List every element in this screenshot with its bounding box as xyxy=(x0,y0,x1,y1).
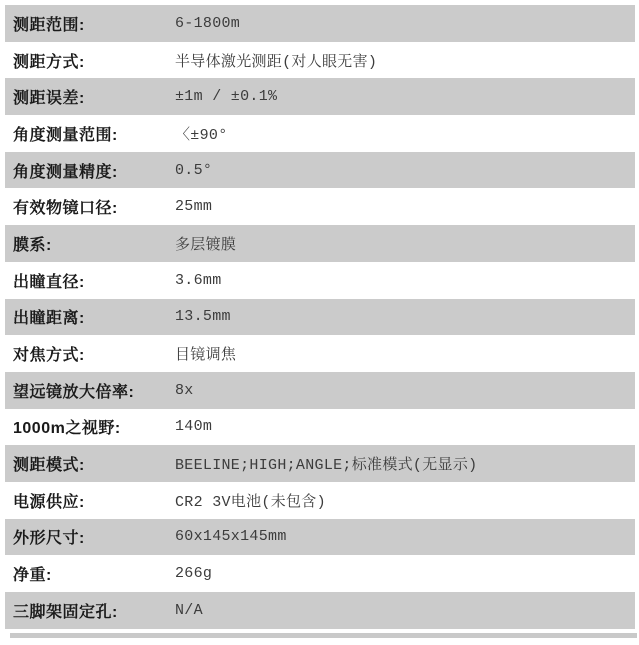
spec-row-17: 三脚架固定孔:N/A xyxy=(5,592,635,629)
spec-value: 0.5° xyxy=(175,162,635,179)
spec-label: 1000m之视野: xyxy=(5,415,175,438)
spec-label: 电源供应: xyxy=(5,489,175,512)
spec-value: 8x xyxy=(175,382,635,399)
spec-row-3: 测距误差:±1m / ±0.1% xyxy=(5,78,635,115)
spec-label: 角度测量范围: xyxy=(5,122,175,145)
spec-row-9: 出瞳距离:13.5mm xyxy=(5,299,635,336)
spec-value: ±1m / ±0.1% xyxy=(175,88,635,105)
spec-value: 6-1800m xyxy=(175,15,635,32)
spec-value: N/A xyxy=(175,602,635,619)
spec-table: 测距范围:6-1800m测距方式:半导体激光测距(对人眼无害)测距误差:±1m … xyxy=(5,5,635,629)
spec-row-1: 测距范围:6-1800m xyxy=(5,5,635,42)
spec-row-15: 外形尺寸:60x145x145mm xyxy=(5,519,635,556)
spec-label: 出瞳直径: xyxy=(5,269,175,292)
spec-label: 出瞳距离: xyxy=(5,305,175,328)
spec-row-8: 出瞳直径:3.6mm xyxy=(5,262,635,299)
spec-label: 角度测量精度: xyxy=(5,159,175,182)
spec-row-2: 测距方式:半导体激光测距(对人眼无害) xyxy=(5,42,635,79)
horizontal-scrollbar[interactable] xyxy=(10,633,637,638)
spec-label: 外形尺寸: xyxy=(5,525,175,548)
spec-label: 测距模式: xyxy=(5,452,175,475)
spec-label: 测距范围: xyxy=(5,12,175,35)
spec-value: 25mm xyxy=(175,198,635,215)
spec-label: 膜系: xyxy=(5,232,175,255)
spec-row-16: 净重:266g xyxy=(5,555,635,592)
spec-value: BEELINE;HIGH;ANGLE;标准模式(无显示) xyxy=(175,453,635,474)
spec-row-4: 角度测量范围:〈±90° xyxy=(5,115,635,152)
spec-row-12: 1000m之视野:140m xyxy=(5,409,635,446)
spec-value: 〈±90° xyxy=(175,123,635,144)
spec-label: 净重: xyxy=(5,562,175,585)
spec-row-10: 对焦方式:目镜调焦 xyxy=(5,335,635,372)
spec-value: 半导体激光测距(对人眼无害) xyxy=(175,50,635,71)
spec-value: 目镜调焦 xyxy=(175,343,635,364)
spec-label: 测距方式: xyxy=(5,49,175,72)
spec-row-5: 角度测量精度:0.5° xyxy=(5,152,635,189)
spec-row-7: 膜系:多层镀膜 xyxy=(5,225,635,262)
spec-value: 140m xyxy=(175,418,635,435)
spec-value: 3.6mm xyxy=(175,272,635,289)
spec-value: 266g xyxy=(175,565,635,582)
spec-label: 有效物镜口径: xyxy=(5,195,175,218)
spec-row-11: 望远镜放大倍率:8x xyxy=(5,372,635,409)
spec-row-6: 有效物镜口径:25mm xyxy=(5,188,635,225)
spec-value: 多层镀膜 xyxy=(175,233,635,254)
spec-value: 60x145x145mm xyxy=(175,528,635,545)
spec-label: 对焦方式: xyxy=(5,342,175,365)
spec-label: 三脚架固定孔: xyxy=(5,599,175,622)
spec-row-13: 测距模式:BEELINE;HIGH;ANGLE;标准模式(无显示) xyxy=(5,445,635,482)
spec-label: 测距误差: xyxy=(5,85,175,108)
spec-page: 测距范围:6-1800m测距方式:半导体激光测距(对人眼无害)测距误差:±1m … xyxy=(0,0,639,645)
spec-value: CR2 3V电池(未包含) xyxy=(175,490,635,511)
spec-row-14: 电源供应:CR2 3V电池(未包含) xyxy=(5,482,635,519)
spec-value: 13.5mm xyxy=(175,308,635,325)
spec-label: 望远镜放大倍率: xyxy=(5,379,175,402)
